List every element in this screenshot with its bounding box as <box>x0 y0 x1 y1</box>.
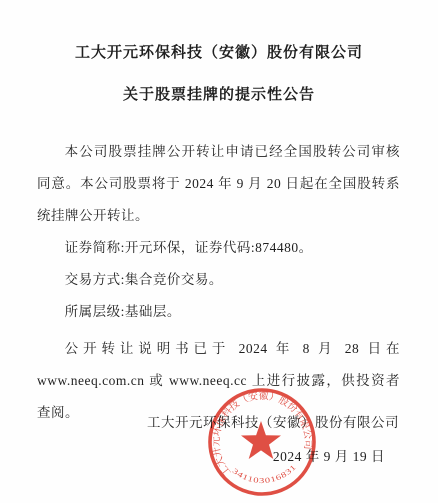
announcement-document: 工大开元环保科技（安徽）股份有限公司 关于股票挂牌的提示性公告 本公司股票挂牌公… <box>0 0 438 503</box>
document-subtitle: 关于股票挂牌的提示性公告 <box>0 62 438 104</box>
seal-star-icon <box>241 421 281 459</box>
paragraph-listing-approval: 本公司股票挂牌公开转让申请已经全国股转公司审核同意。本公司股票将于 2024 年… <box>37 136 400 232</box>
paragraph-security-name-code: 证券简称:开元环保，证券代码:874480。 <box>37 232 400 264</box>
document-title: 工大开元环保科技（安徽）股份有限公司 <box>0 0 438 62</box>
paragraph-market-tier: 所属层级:基础层。 <box>37 296 400 328</box>
paragraph-trading-method: 交易方式:集合竞价交易。 <box>37 264 400 296</box>
company-seal: 工大开元环保科技（安徽）股份有限公司 3411030168316 <box>205 385 319 499</box>
